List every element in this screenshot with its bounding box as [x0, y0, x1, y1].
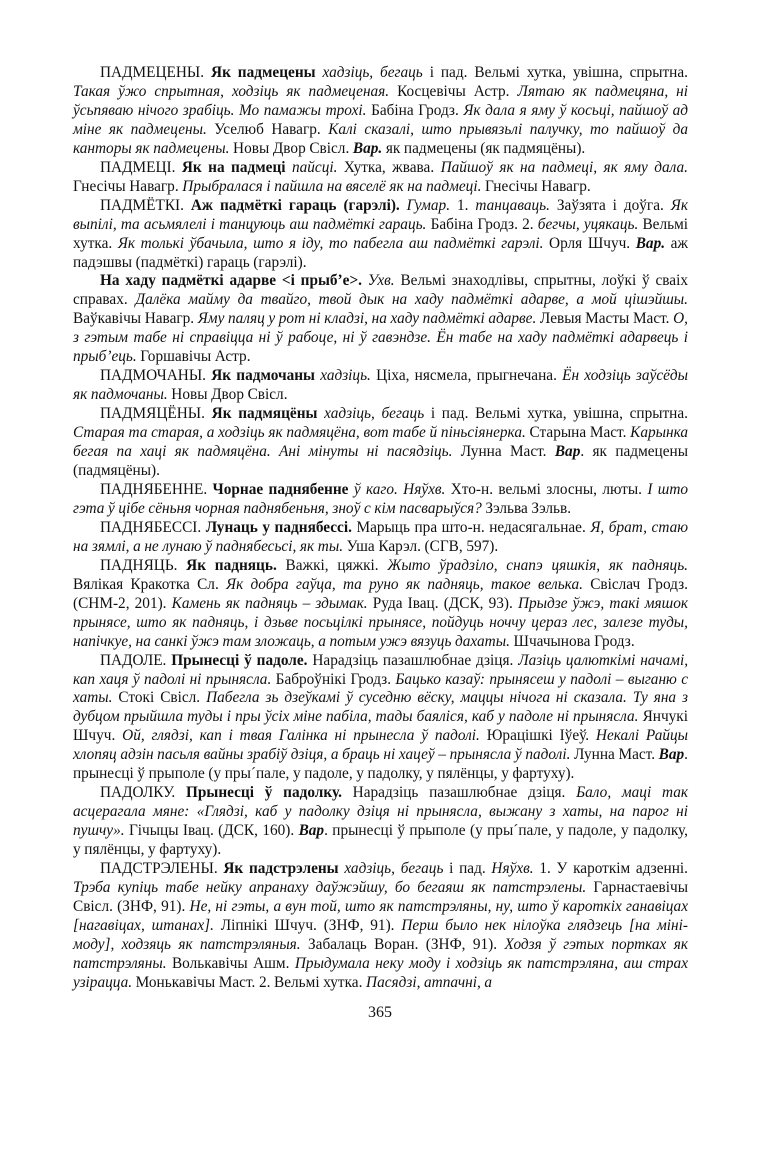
variant-label: Вар.	[353, 140, 382, 157]
phrase-headword: Прынесці ў падолку.	[186, 784, 342, 801]
variant-label: Вар.	[636, 235, 665, 252]
example-text: Такая ўжо спрытная, ходзіць як падмецена…	[73, 83, 389, 100]
definition-text: Шчачынова Гродз.	[510, 633, 635, 650]
dictionary-entry: ПАДНЯБЕННЕ. Чорнае паднябенне ў каго. Ня…	[73, 481, 688, 519]
example-text: Як толькі ўбачыла, што я іду, то пабегла…	[118, 235, 544, 252]
variant-label: Вар	[659, 746, 685, 763]
dictionary-entry: ПАДОЛКУ. Прынесці ў падолку. Нарадзіць п…	[73, 784, 688, 860]
definition-text: Зэльва Зэльв.	[482, 500, 571, 517]
definition-text: Нарадзіць пазашлюбнае дзіця.	[342, 784, 576, 801]
definition-text: Забалаць Воран. (ЗНФ, 91).	[301, 936, 505, 953]
example-text: Ой, глядзі, кап і твая Галінка ні прынес…	[122, 727, 480, 744]
definition-text: Левыя Масты Маст.	[536, 310, 673, 327]
dictionary-entry: ПАДМЕЦІ. Як на падмеці пайсці. Хутка, жв…	[73, 159, 688, 197]
page-number: 365	[0, 1003, 760, 1023]
example-text: Трэба купіць табе нейку апранаху даўжэйш…	[73, 879, 586, 896]
definition-text: Ліпнікі Шчуч. (ЗНФ, 91).	[214, 917, 401, 934]
dictionary-page: ПАДМЕЦЕНЫ. Як падмецены хадзіць, бегаць …	[73, 64, 688, 993]
definition-text: Марыць пра што-н. недасягальнае.	[352, 519, 590, 536]
example-text: Жыто ўрадзіло, снапэ цяшкія, як падняць.	[387, 557, 688, 574]
definition-text: ПАДНЯБЕССІ.	[100, 519, 206, 536]
phrase-headword: Як падняць.	[186, 557, 277, 574]
phrase-headword: Як падстрэлены	[223, 860, 338, 877]
definition-text: Новы Двор Свісл.	[229, 140, 352, 157]
definition-text: Ваўкавічы Навагр.	[73, 310, 198, 327]
definition-text: ПАДНЯБЕННЕ.	[100, 481, 213, 498]
example-text: Прыбралася і пайшла на вяселё як на падм…	[182, 178, 481, 195]
definition-text: Гнесічы Навагр.	[481, 178, 590, 195]
example-text: Пайшоў як на падмеці, як яму дала.	[441, 159, 688, 176]
definition-text: Руда Івац. (ДСК, 93).	[368, 595, 518, 612]
example-text: Ухв.	[362, 272, 395, 289]
definition-text: Заўзята і доўга.	[550, 197, 671, 214]
definition-text: ПАДОЛЕ.	[100, 652, 171, 669]
definition-text: Хто-н. вельмі злосны, люты.	[445, 481, 647, 498]
variant-label: Вар	[555, 443, 581, 460]
definition-text: ПАДОЛКУ.	[100, 784, 186, 801]
definition-text: Вялікая Кракотка Сл.	[73, 576, 226, 593]
definition-text: Ціха, нясмела, прыгнечана.	[371, 367, 562, 384]
definition-text: Уша Карэл. (СГВ, 597).	[343, 538, 498, 555]
phrase-headword: Як на падмеці	[182, 159, 286, 176]
definition-text: ПАДМЕЦЕНЫ.	[100, 64, 211, 81]
definition-text: Волькавічы Ашм.	[167, 955, 295, 972]
example-text: хадзіць, бегаць	[317, 405, 424, 422]
example-text: хадзіць, бегаць	[339, 860, 444, 877]
definition-text: Косцевічы Астр.	[389, 83, 517, 100]
example-text: Няўхв.	[491, 860, 533, 877]
example-text: бегчы, уцякаць.	[538, 216, 639, 233]
definition-text: ПАДМЯЦЁНЫ.	[100, 405, 212, 422]
phrase-headword: Як падмочаны	[211, 367, 315, 384]
definition-text: і пад. Вельмі хутка, увішна, спрытна.	[424, 405, 688, 422]
phrase-headword: Прынесці ў падоле.	[171, 652, 307, 669]
phrase-headword: На хаду падмёткі адарве <і прыб’е>.	[100, 272, 362, 289]
definition-text: 1. У кароткім адзенні.	[534, 860, 688, 877]
definition-text: і пад.	[443, 860, 491, 877]
definition-text: ПАДСТРЭЛЕНЫ.	[100, 860, 223, 877]
definition-text: Горшавічы Астр.	[137, 348, 251, 365]
dictionary-entry: ПАДСТРЭЛЕНЫ. Як падстрэлены хадзіць, бег…	[73, 860, 688, 993]
variant-label: Вар	[299, 822, 325, 839]
example-text: хадзіць, бегаць	[316, 64, 423, 81]
example-text: хадзіць.	[315, 367, 371, 384]
definition-text: Орля Шчуч.	[543, 235, 635, 252]
example-text: Гумар.	[400, 197, 450, 214]
definition-text: Новы Двор Свісл.	[168, 386, 288, 403]
definition-text: Уселюб Навагр.	[207, 121, 328, 138]
dictionary-entry: ПАДНЯБЕССІ. Лунаць у паднябессі. Марыць …	[73, 519, 688, 557]
definition-text: Гічыцы Івац. (ДСК, 160).	[125, 822, 299, 839]
phrase-headword: Аж падмёткі гараць (гарэлі).	[191, 197, 400, 214]
example-text: пайсці.	[286, 159, 338, 176]
definition-text: Стокі Свісл.	[112, 689, 206, 706]
phrase-headword: Як падмецены	[211, 64, 316, 81]
definition-text: ПАДМЕЦІ.	[100, 159, 182, 176]
phrase-headword: Лунаць у паднябессі.	[206, 519, 352, 536]
example-text: Яму паляц у рот ні кладзі, на хаду падмё…	[198, 310, 537, 327]
definition-text: Бабіна Гродз.	[367, 102, 464, 119]
definition-text: Хутка, жвава.	[337, 159, 440, 176]
dictionary-entry: ПАДНЯЦЬ. Як падняць. Важкі, цяжкі. Жыто …	[73, 557, 688, 652]
definition-text: 1.	[450, 197, 475, 214]
definition-text: Гнесічы Навагр.	[73, 178, 182, 195]
definition-text: ПАДНЯЦЬ.	[100, 557, 186, 574]
phrase-headword: Як падмяцёны	[212, 405, 318, 422]
phrase-headword: Чорнае паднябенне	[213, 481, 349, 498]
dictionary-entry: ПАДОЛЕ. Прынесці ў падоле. Нарадзіць паз…	[73, 652, 688, 785]
example-text: Камень як падняць – здымак.	[172, 595, 368, 612]
example-text: ў каго. Няўхв.	[348, 481, 445, 498]
definition-text: Нарадзіць пазашлюбнае дзіця.	[307, 652, 518, 669]
example-text: Далёка майму да твайго, твой дык на хаду…	[135, 291, 688, 308]
example-text: Старая та старая, а ходзіць як падмяцёна…	[73, 424, 526, 441]
dictionary-entry: ПАДМЕЦЕНЫ. Як падмецены хадзіць, бегаць …	[73, 64, 688, 159]
definition-text: ПАДМОЧАНЫ.	[100, 367, 211, 384]
dictionary-entry: ПАДМЁТКІ. Аж падмёткі гараць (гарэлі). Г…	[73, 197, 688, 273]
definition-text: як падмецены (як падмяцёны).	[382, 140, 585, 157]
example-text: Як добра гаўца, та руно як падняць, тако…	[226, 576, 583, 593]
definition-text: Лунна Маст.	[570, 746, 658, 763]
dictionary-entry: ПАДМОЧАНЫ. Як падмочаны хадзіць. Ціха, н…	[73, 367, 688, 405]
definition-text: Важкі, цяжкі.	[277, 557, 388, 574]
example-text: танцаваць.	[475, 197, 550, 214]
definition-text: Юрацішкі Іўеў.	[480, 727, 596, 744]
example-text: Пасядзі, атпачні, а	[366, 974, 492, 991]
definition-text: Монькавічы Маст. 2. Вельмі хутка.	[132, 974, 366, 991]
definition-text: Баброўнікі Гродз.	[271, 671, 395, 688]
definition-text: ПАДМЁТКІ.	[100, 197, 191, 214]
definition-text: Старына Маст.	[526, 424, 630, 441]
definition-text: Лунна Маст.	[452, 443, 554, 460]
definition-text: Бабіна Гродз. 2.	[426, 216, 537, 233]
definition-text: і пад. Вельмі хутка, увішна, спрытна.	[423, 64, 688, 81]
dictionary-entry: На хаду падмёткі адарве <і прыб’е>. Ухв.…	[73, 272, 688, 367]
dictionary-entry: ПАДМЯЦЁНЫ. Як падмяцёны хадзіць, бегаць …	[73, 405, 688, 481]
